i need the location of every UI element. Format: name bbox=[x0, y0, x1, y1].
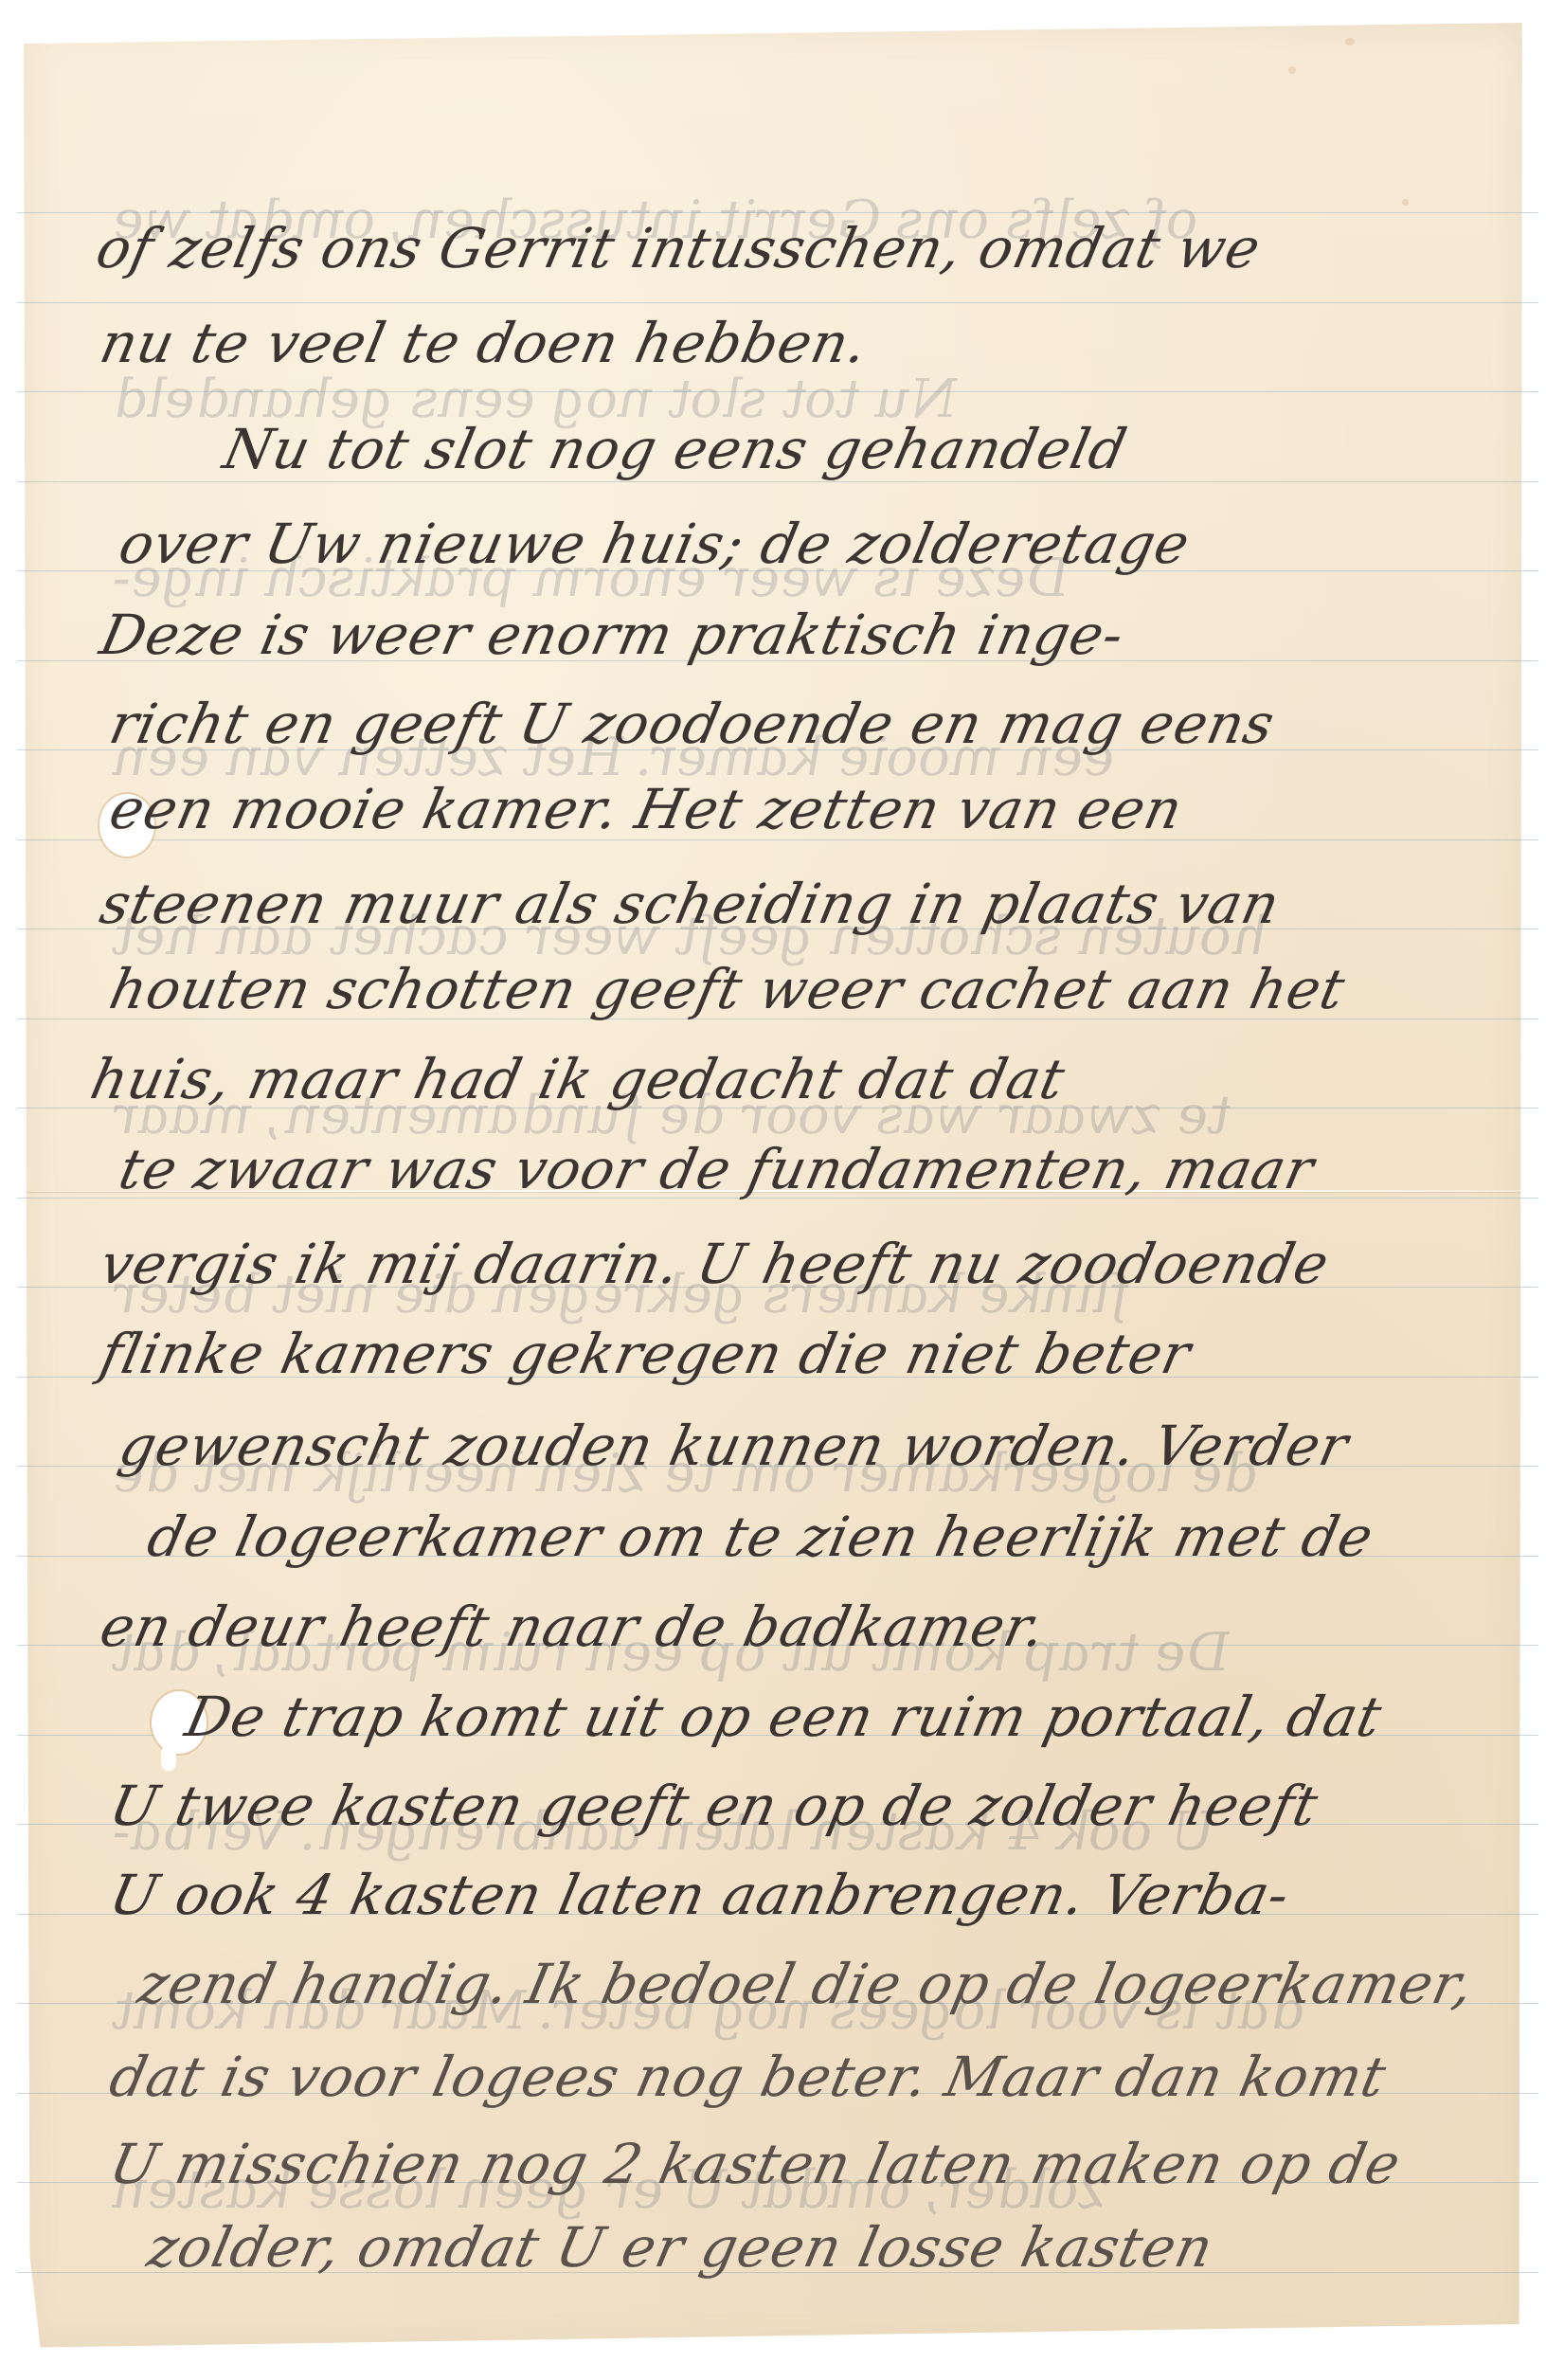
text-line: flinke kamers gekregen die niet beter bbox=[95, 1322, 1196, 1386]
text-line: Nu tot slot nog eens gehandeld bbox=[218, 417, 1133, 481]
text-line: U twee kasten geeft en op de zolder heef… bbox=[104, 1774, 1324, 1838]
text-line: dat is voor logees nog beter. Maar dan k… bbox=[104, 2045, 1393, 2109]
text-line: U misschien nog 2 kasten laten maken op … bbox=[104, 2132, 1407, 2196]
text-line: De trap komt uit op een ruim portaal, da… bbox=[180, 1685, 1388, 1749]
text-line: te zwaar was voor de fundamenten, maar bbox=[114, 1137, 1320, 1201]
text-line: richt en geeft U zoodoende en mag eens bbox=[104, 692, 1281, 756]
text-line: gewenscht zouden kunnen worden. Verder bbox=[114, 1414, 1355, 1478]
text-line: zolder, omdat U er geen losse kasten bbox=[142, 2215, 1219, 2280]
text-line: Deze is weer enorm praktisch inge- bbox=[95, 603, 1130, 667]
text-line: en deur heeft naar de badkamer. bbox=[95, 1595, 1052, 1659]
text-line: zend handig. Ik bedoel die op de logeerk… bbox=[133, 1952, 1480, 2016]
text-line: nu te veel te doen hebben. bbox=[95, 311, 873, 375]
text-line: vergis ik mij daarin. U heeft nu zoodoen… bbox=[95, 1232, 1335, 1296]
text-line: de logeerkamer om te zien heerlijk met d… bbox=[142, 1505, 1379, 1569]
text-line: houten schotten geeft weer cachet aan he… bbox=[104, 957, 1351, 1021]
text-line: steenen muur als scheiding in plaats van bbox=[95, 872, 1285, 936]
text-line: over Uw nieuwe huis; de zolderetage bbox=[114, 512, 1195, 576]
text-line: U ook 4 kasten laten aanbrengen. Verba- bbox=[104, 1863, 1296, 1927]
text-line: of zelfs ons Gerrit intusschen, omdat we bbox=[91, 216, 1267, 280]
handwritten-text: of zelfs ons Gerrit intusschen, omdat we… bbox=[0, 0, 1546, 2380]
text-line: huis, maar had ik gedacht dat dat bbox=[85, 1047, 1071, 1111]
text-line: een mooie kamer. Het zetten van een bbox=[104, 777, 1189, 841]
